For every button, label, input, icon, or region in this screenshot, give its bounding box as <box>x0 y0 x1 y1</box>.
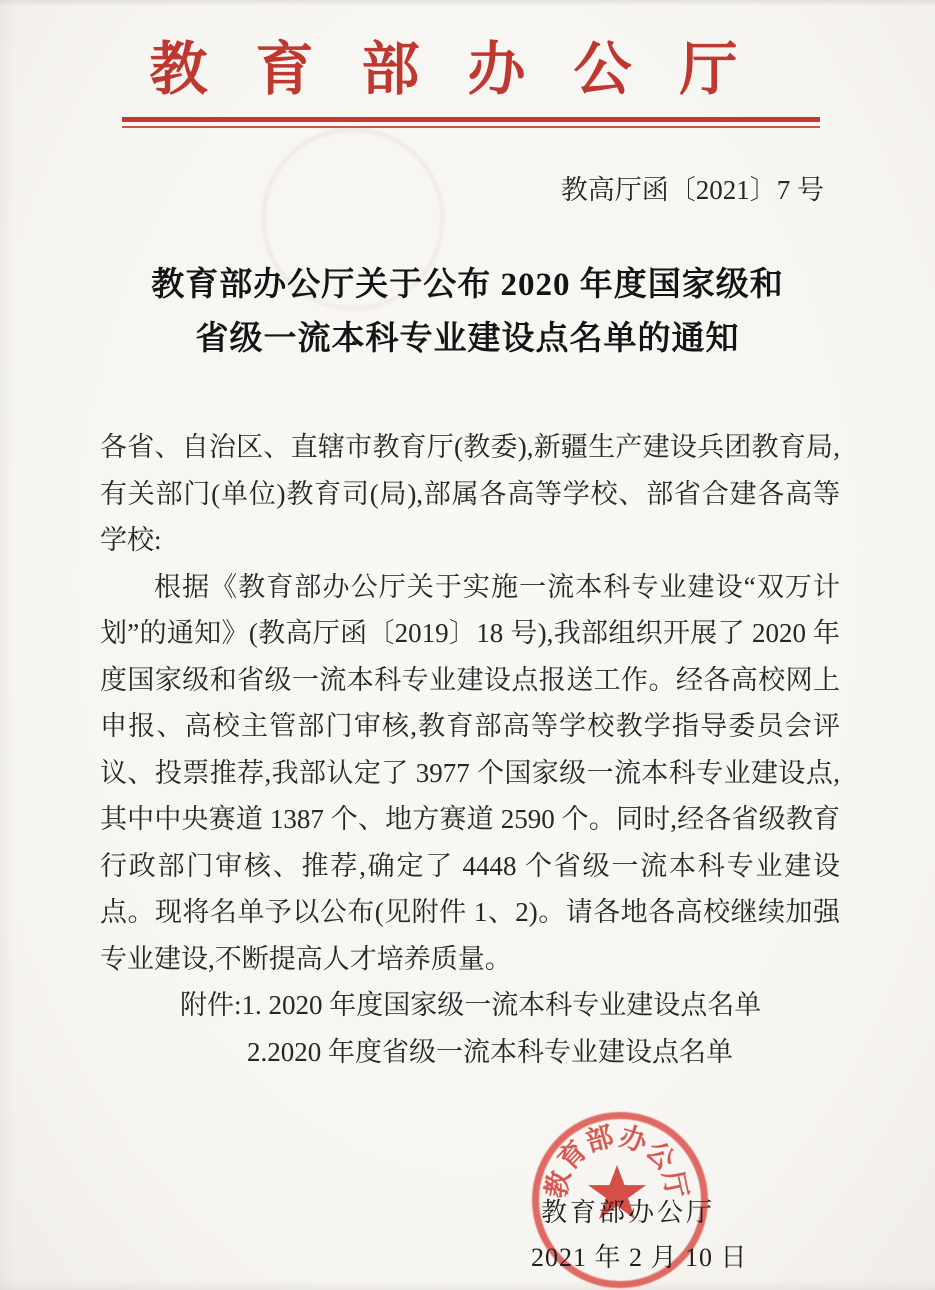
letterhead-rule-thick <box>122 117 820 122</box>
letterhead-agency-title: 教育部办公厅 <box>24 22 911 106</box>
attachment-list-item-1: 附件:1. 2020 年度国家级一流本科专业建设点名单 <box>100 982 840 1029</box>
salutation-paragraph: 各省、自治区、直辖市教育厅(教委),新疆生产建设兵团教育局,有关部门(单位)教育… <box>100 424 840 564</box>
scanned-official-document: 教育部办公厅 教高厅函〔2021〕7 号 教育部办公厅关于公布 2020 年度国… <box>0 0 935 1290</box>
issuing-office-signature: 教育部办公厅 <box>541 1192 715 1229</box>
document-body: 各省、自治区、直辖市教育厅(教委),新疆生产建设兵团教育局,有关部门(单位)教育… <box>100 424 840 1075</box>
document-title: 教育部办公厅关于公布 2020 年度国家级和 省级一流本科专业建设点名单的通知 <box>60 258 875 366</box>
document-title-line1: 教育部办公厅关于公布 2020 年度国家级和 <box>60 258 875 312</box>
issue-date: 2021 年 2 月 10 日 <box>531 1237 748 1274</box>
document-title-line2: 省级一流本科专业建设点名单的通知 <box>60 312 875 366</box>
document-reference-number: 教高厅函〔2021〕7 号 <box>0 168 824 207</box>
attachment-list-item-2: 2.2020 年度省级一流本科专业建设点名单 <box>100 1029 840 1076</box>
main-paragraph: 根据《教育部办公厅关于实施一流本科专业建设“双万计划”的通知》(教高厅函〔201… <box>100 564 840 983</box>
letterhead-rule-thin <box>122 126 820 128</box>
